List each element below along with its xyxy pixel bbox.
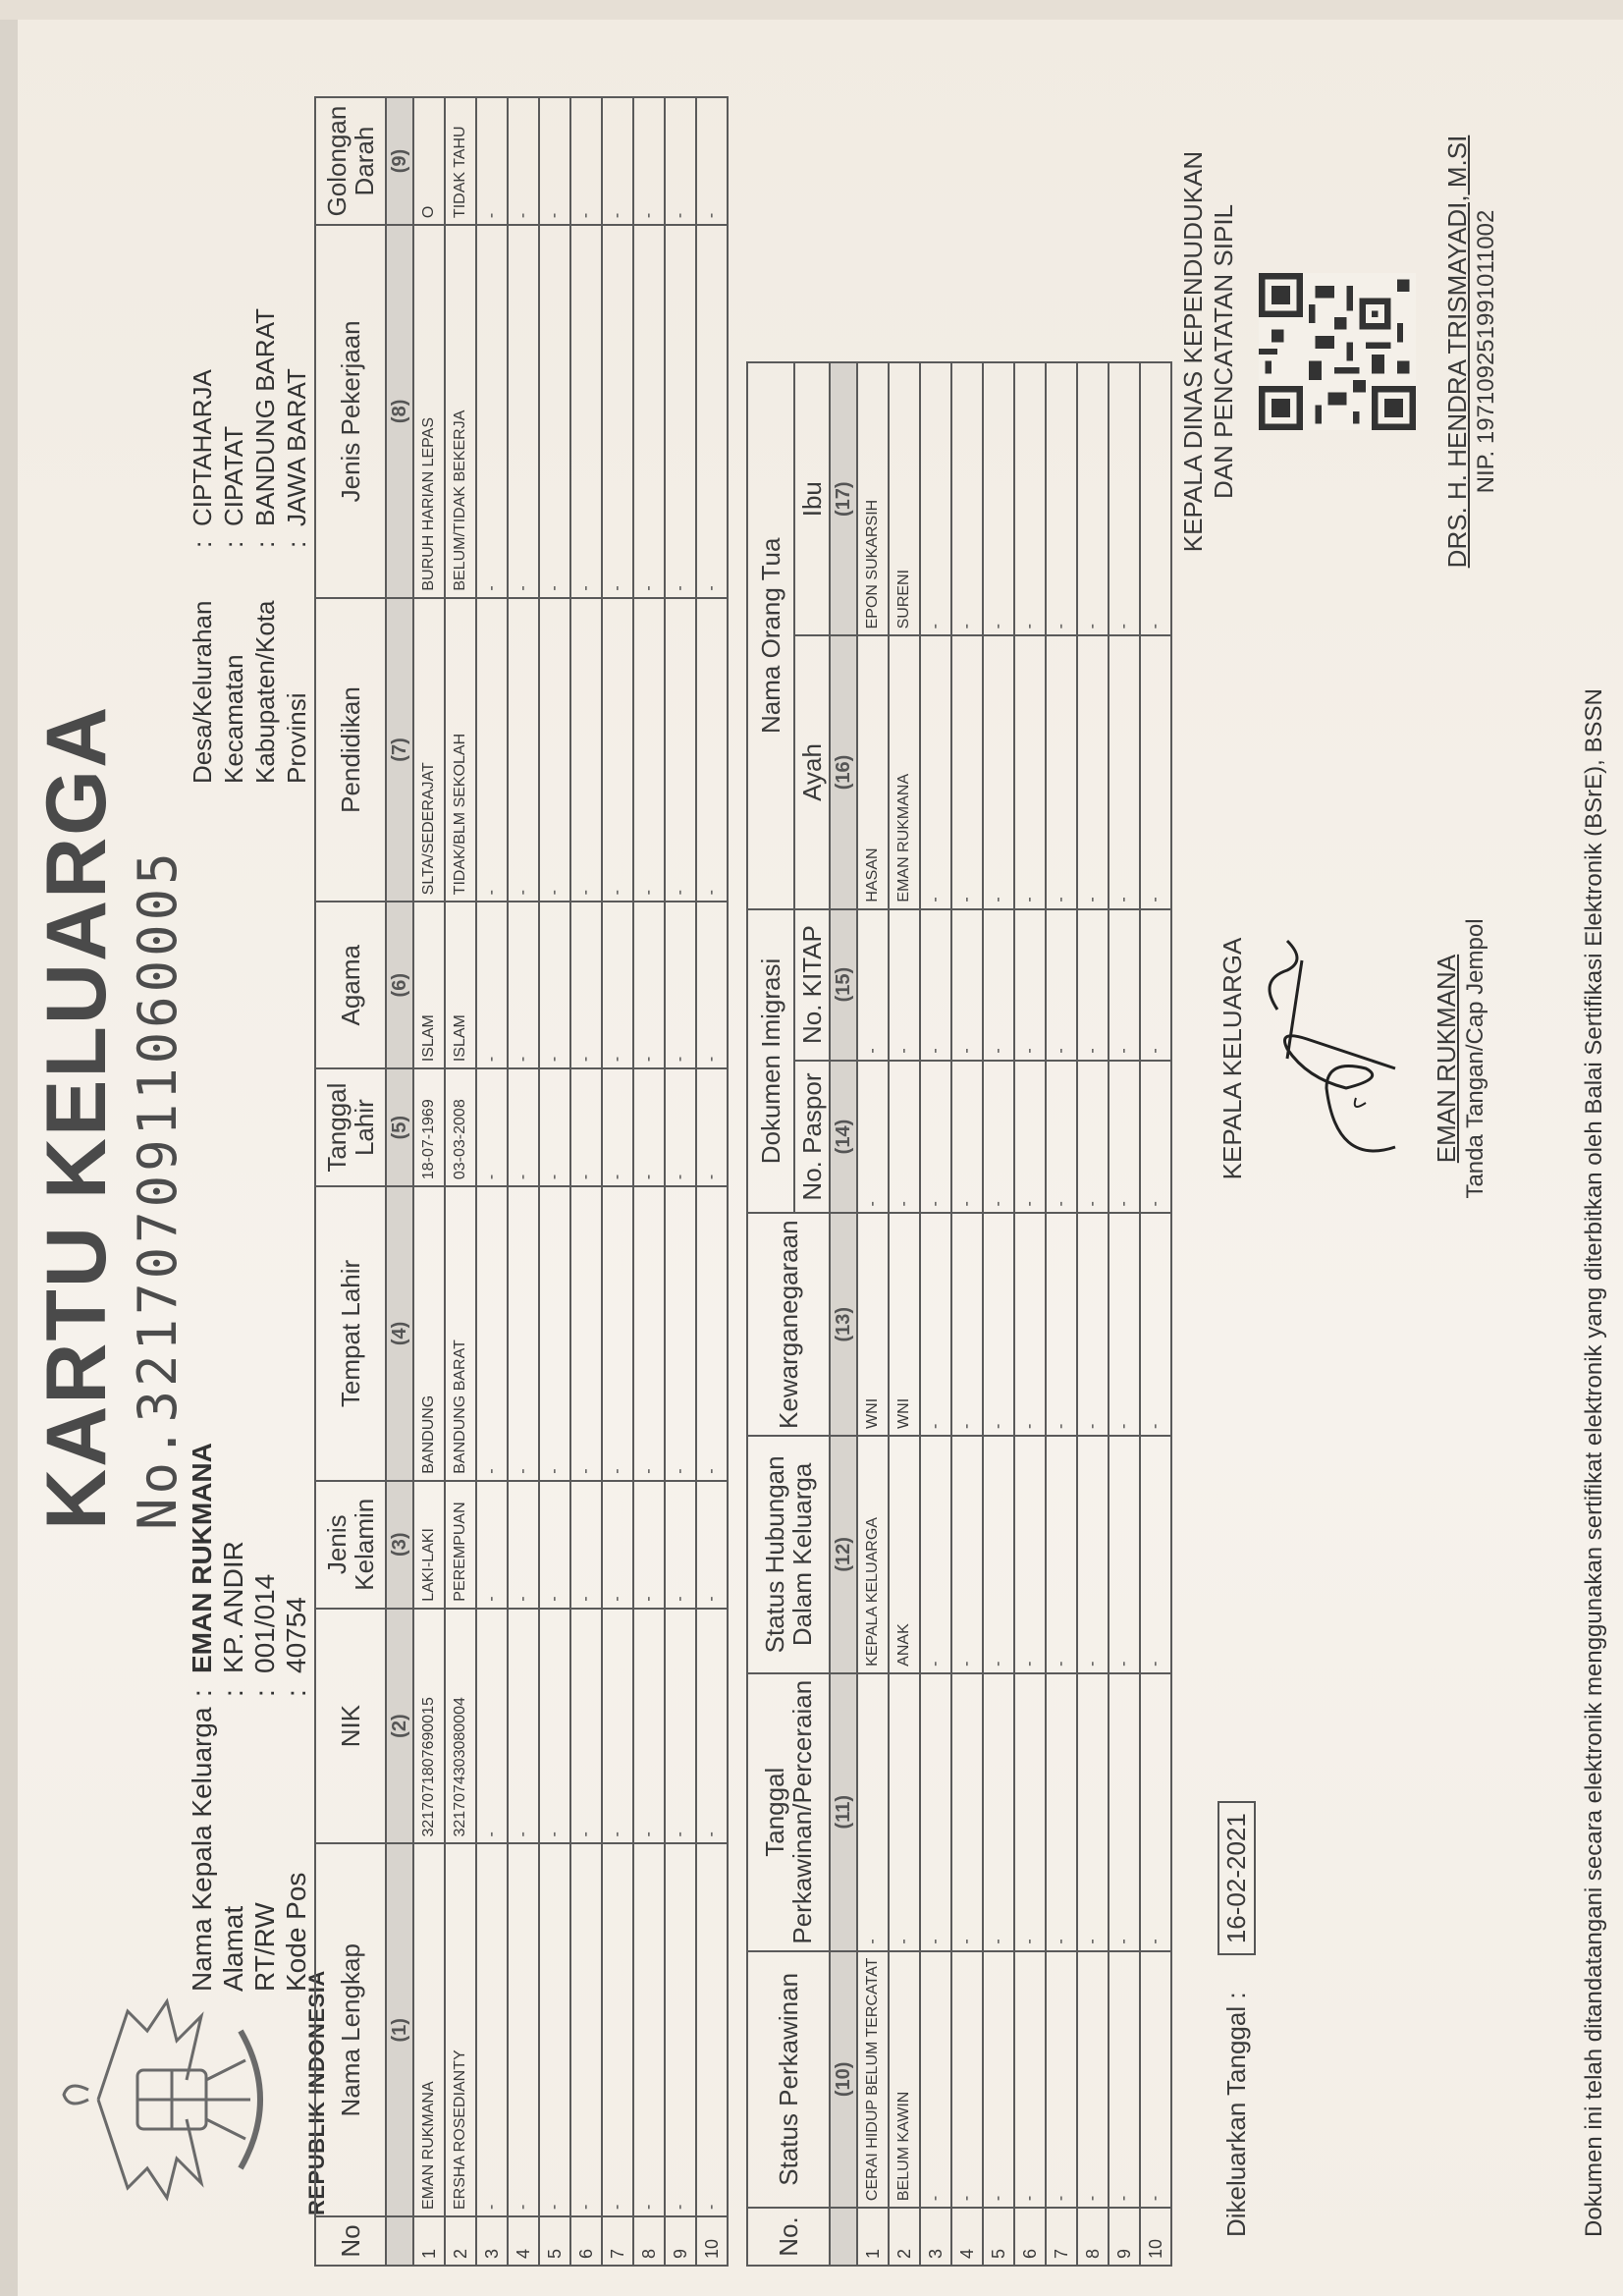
col-number: (14) xyxy=(830,1061,857,1214)
signature-caption: Tanda Tangan/Cap Jempol xyxy=(1462,813,1489,1304)
table-cell: - xyxy=(1046,1951,1077,2208)
table-cell: - xyxy=(476,97,508,225)
table-cell: - xyxy=(665,1844,696,2217)
table-cell: - xyxy=(665,902,696,1068)
table-cell: CERAI HIDUP BELUM TERCATAT xyxy=(857,1951,889,2208)
col-number: (1) xyxy=(386,1844,413,2217)
table-cell: - xyxy=(696,598,728,902)
table-cell: BELUM KAWIN xyxy=(889,1951,920,2208)
table-cell: - xyxy=(539,1844,570,2217)
table-cell: - xyxy=(1140,1436,1171,1673)
table-cell: - xyxy=(1046,1436,1077,1673)
info-label: Alamat xyxy=(218,1697,249,1992)
issued-sep: : xyxy=(1221,1992,1251,1998)
table-cell: - xyxy=(570,1481,602,1609)
table-cell: - xyxy=(1077,1436,1109,1673)
table-cell: - xyxy=(1140,1213,1171,1436)
table-cell: - xyxy=(476,1609,508,1844)
garuda-emblem-icon xyxy=(59,1992,285,2208)
row-number: 10 xyxy=(1140,2208,1171,2266)
col-header-birthdate: Tanggal Lahir xyxy=(315,1068,386,1186)
table-cell: - xyxy=(539,598,570,902)
table-cell: - xyxy=(920,362,951,635)
table-cell: - xyxy=(602,1609,633,1844)
row-number: 4 xyxy=(951,2208,983,2266)
table-cell: - xyxy=(633,1186,665,1481)
row-number: 9 xyxy=(665,2216,696,2266)
table-cell: EMAN RUKMANA xyxy=(413,1844,445,2217)
kartu-keluarga-document: REPUBLIK INDONESIA Nama Kepala Keluarga:… xyxy=(0,0,1623,2296)
row-number: 3 xyxy=(476,2216,508,2266)
col-number: (10) xyxy=(830,1951,857,2208)
table-cell: - xyxy=(889,909,920,1061)
table-cell: - xyxy=(983,362,1014,635)
table-cell: - xyxy=(920,1213,951,1436)
table-cell: - xyxy=(1140,1673,1171,1951)
row-number: 8 xyxy=(633,2216,665,2266)
table-cell: - xyxy=(633,97,665,225)
official-title-2: DAN PENCATATAN SIPIL xyxy=(1209,77,1239,627)
col-number: (15) xyxy=(830,909,857,1061)
table-cell: - xyxy=(1014,909,1046,1061)
col-number xyxy=(386,2216,413,2266)
table-cell: - xyxy=(1109,909,1140,1061)
table-cell: - xyxy=(1109,1436,1140,1673)
col-number: (9) xyxy=(386,97,413,225)
table-cell: - xyxy=(665,1609,696,1844)
table-cell: - xyxy=(1077,635,1109,908)
table-cell: - xyxy=(1014,362,1046,635)
document-title: KARTU KELUARGA xyxy=(29,646,124,1530)
table-cell: LAKI-LAKI xyxy=(413,1481,445,1609)
table-cell: - xyxy=(1109,635,1140,908)
row-number: 7 xyxy=(1046,2208,1077,2266)
household-info: Nama Kepala Keluarga:EMAN RUKMANA Alamat… xyxy=(187,1443,312,1992)
table-cell: - xyxy=(476,1068,508,1186)
title-block: KARTU KELUARGA No.3217070911060005 xyxy=(29,646,192,1530)
col-header-gender: Jenis Kelamin xyxy=(315,1481,386,1609)
info-label: Kode Pos xyxy=(281,1697,312,1992)
col-number: (8) xyxy=(386,225,413,598)
table-cell: - xyxy=(476,1186,508,1481)
table-cell: - xyxy=(508,1186,539,1481)
row-number: 1 xyxy=(857,2208,889,2266)
table-cell: - xyxy=(508,1068,539,1186)
table-cell: - xyxy=(602,902,633,1068)
document-footer: Dikeluarkan Tanggal : 16-02-2021 KEPALA … xyxy=(1178,0,1623,2296)
col-header-immigration-docs: Dokumen Imigrasi xyxy=(747,909,794,1214)
row-number: 8 xyxy=(1077,2208,1109,2266)
info-label: RT/RW xyxy=(249,1697,281,1992)
row-number: 9 xyxy=(1109,2208,1140,2266)
table-cell: - xyxy=(1140,909,1171,1061)
col-number: (6) xyxy=(386,902,413,1068)
row-number: 6 xyxy=(570,2216,602,2266)
col-number: (5) xyxy=(386,1068,413,1186)
info-label: Desa/Kelurahan xyxy=(187,548,218,784)
col-header-parents: Nama Orang Tua xyxy=(747,362,794,909)
table-cell: - xyxy=(1109,1951,1140,2208)
table-cell: - xyxy=(920,909,951,1061)
official-name: DRS. H. HENDRA TRISMAYADI, M.SI xyxy=(1442,77,1473,627)
col-header-no: No xyxy=(315,2216,386,2266)
row-number: 5 xyxy=(539,2216,570,2266)
scan-edge xyxy=(0,0,18,2296)
table-cell: - xyxy=(476,902,508,1068)
table-cell: - xyxy=(570,97,602,225)
col-header-education: Pendidikan xyxy=(315,598,386,902)
col-header-nik: NIK xyxy=(315,1609,386,1844)
table-cell: - xyxy=(951,1061,983,1214)
table-cell: - xyxy=(633,1068,665,1186)
table-cell: - xyxy=(1046,1213,1077,1436)
table-cell: - xyxy=(665,1068,696,1186)
row-number: 10 xyxy=(696,2216,728,2266)
info-label: Kecamatan xyxy=(218,548,249,784)
table-cell: - xyxy=(1077,1061,1109,1214)
table-cell: - xyxy=(1109,1673,1140,1951)
table-cell: ISLAM xyxy=(445,902,476,1068)
family-members-body: 1EMAN RUKMANA3217071807690015LAKI-LAKIBA… xyxy=(413,97,728,2266)
col-header-marriage-date: Tanggal Perkawinan/Perceraian xyxy=(747,1673,830,1951)
official-signature-block: KEPALA DINAS KEPENDUDUKAN DAN PENCATATAN… xyxy=(1178,77,1500,627)
col-header-relationship: Status Hubungan Dalam Keluarga xyxy=(747,1436,830,1673)
table-cell: - xyxy=(1014,635,1046,908)
village-value: CIPTAHARJA xyxy=(187,369,218,526)
table-cell: - xyxy=(633,1481,665,1609)
table-cell: - xyxy=(602,225,633,598)
table-cell: - xyxy=(951,1673,983,1951)
status-row: 8-------- xyxy=(1077,362,1109,2266)
table-cell: - xyxy=(696,902,728,1068)
table-cell: - xyxy=(633,1844,665,2217)
col-number: (11) xyxy=(830,1673,857,1951)
table-cell: - xyxy=(1046,909,1077,1061)
table-cell: EMAN RUKMANA xyxy=(889,635,920,908)
member-row: 2ERSHA ROSEDIANTY3217074303080004PEREMPU… xyxy=(445,97,476,2266)
table-cell: - xyxy=(1140,1951,1171,2208)
info-label: Provinsi xyxy=(281,548,312,784)
table-cell: - xyxy=(539,225,570,598)
table-cell: HASAN xyxy=(857,635,889,908)
col-number xyxy=(830,2208,857,2266)
table-cell: - xyxy=(508,902,539,1068)
table-cell: - xyxy=(696,1481,728,1609)
status-row: 6-------- xyxy=(1014,362,1046,2266)
table-cell: ERSHA ROSEDIANTY xyxy=(445,1844,476,2217)
table-cell: - xyxy=(1046,635,1077,908)
table-cell: 3217071807690015 xyxy=(413,1609,445,1844)
table-cell: - xyxy=(1109,362,1140,635)
table-cell: - xyxy=(602,1481,633,1609)
table-cell: - xyxy=(1140,1061,1171,1214)
table-cell: - xyxy=(951,362,983,635)
table-cell: BANDUNG xyxy=(413,1186,445,1481)
table-cell: - xyxy=(1109,1213,1140,1436)
table-cell: BANDUNG BARAT xyxy=(445,1186,476,1481)
table-cell: - xyxy=(476,1844,508,2217)
table-cell: TIDAK TAHU xyxy=(445,97,476,225)
table-cell: ISLAM xyxy=(413,902,445,1068)
col-header-father: Ayah xyxy=(794,635,830,908)
table-cell: - xyxy=(570,1186,602,1481)
table-cell: WNI xyxy=(889,1213,920,1436)
table-cell: ANAK xyxy=(889,1436,920,1673)
table-cell: - xyxy=(539,1068,570,1186)
table-cell: EPON SUKARSIH xyxy=(857,362,889,635)
member-row: 6--------- xyxy=(570,97,602,2266)
table-cell: - xyxy=(920,1436,951,1673)
member-row: 7--------- xyxy=(602,97,633,2266)
table-cell: 03-03-2008 xyxy=(445,1068,476,1186)
table-cell: - xyxy=(920,1061,951,1214)
row-number: 2 xyxy=(889,2208,920,2266)
table-cell: - xyxy=(476,1481,508,1609)
table-cell: - xyxy=(951,635,983,908)
row-number: 3 xyxy=(920,2208,951,2266)
table-cell: - xyxy=(983,1213,1014,1436)
member-row: 10--------- xyxy=(696,97,728,2266)
table-cell: - xyxy=(1077,1213,1109,1436)
col-header-mother: Ibu xyxy=(794,362,830,635)
status-row: 4-------- xyxy=(951,362,983,2266)
table-cell: - xyxy=(920,635,951,908)
table-cell: - xyxy=(633,225,665,598)
table-cell: - xyxy=(696,225,728,598)
table-cell: - xyxy=(1077,1951,1109,2208)
table-cell: KEPALA KELUARGA xyxy=(857,1436,889,1673)
table-cell: 3217074303080004 xyxy=(445,1609,476,1844)
table-cell: - xyxy=(570,598,602,902)
table-cell: - xyxy=(570,1609,602,1844)
district-value: CIPATAT xyxy=(218,426,249,526)
col-header-citizenship: Kewarganegaraan xyxy=(747,1213,830,1436)
row-number: 5 xyxy=(983,2208,1014,2266)
col-header-name: Nama Lengkap xyxy=(315,1844,386,2217)
table-cell: - xyxy=(570,902,602,1068)
table-cell: - xyxy=(665,1481,696,1609)
table-cell: - xyxy=(508,1844,539,2217)
table-cell: - xyxy=(602,1186,633,1481)
table-cell: - xyxy=(665,97,696,225)
table-cell: - xyxy=(951,1951,983,2208)
signature-icon xyxy=(1248,911,1425,1206)
row-number: 4 xyxy=(508,2216,539,2266)
table-cell: - xyxy=(539,1609,570,1844)
address-value: KP. ANDIR xyxy=(218,1541,249,1673)
table-cell: - xyxy=(508,1609,539,1844)
family-members-table: No Nama Lengkap NIK Jenis Kelamin Tempat… xyxy=(314,96,729,2267)
table-cell: - xyxy=(983,1436,1014,1673)
table-cell: - xyxy=(1046,362,1077,635)
table-cell: BURUH HARIAN LEPAS xyxy=(413,225,445,598)
table-cell: - xyxy=(983,1951,1014,2208)
table-cell: - xyxy=(1140,362,1171,635)
status-row: 10-------- xyxy=(1140,362,1171,2266)
member-row: 3--------- xyxy=(476,97,508,2266)
head-of-family-signature-block: KEPALA KELUARGA EMAN RUKMANA Tanda Tanga… xyxy=(1217,813,1489,1304)
table-cell: - xyxy=(696,1609,728,1844)
table-cell: BELUM/TIDAK BEKERJA xyxy=(445,225,476,598)
member-row: 1EMAN RUKMANA3217071807690015LAKI-LAKIBA… xyxy=(413,97,445,2266)
member-row: 8--------- xyxy=(633,97,665,2266)
table-cell: - xyxy=(633,902,665,1068)
table-cell: - xyxy=(889,1061,920,1214)
table-cell: - xyxy=(889,1673,920,1951)
table-cell: - xyxy=(508,598,539,902)
rt-rw-value: 001/014 xyxy=(249,1574,281,1673)
member-row: 4--------- xyxy=(508,97,539,2266)
col-header-kitap: No. KITAP xyxy=(794,909,830,1061)
table-cell: - xyxy=(665,225,696,598)
table-cell: - xyxy=(983,1673,1014,1951)
table-cell: - xyxy=(508,97,539,225)
row-number: 1 xyxy=(413,2216,445,2266)
table-cell: - xyxy=(570,1068,602,1186)
table-cell: - xyxy=(951,1213,983,1436)
table-cell: - xyxy=(602,97,633,225)
table-cell: - xyxy=(920,1673,951,1951)
col-header-occupation: Jenis Pekerjaan xyxy=(315,225,386,598)
table-cell: PEREMPUAN xyxy=(445,1481,476,1609)
table-cell: - xyxy=(1046,1061,1077,1214)
table-cell: 18-07-1969 xyxy=(413,1068,445,1186)
table-cell: - xyxy=(857,1061,889,1214)
row-number: 2 xyxy=(445,2216,476,2266)
table-cell: - xyxy=(696,1844,728,2217)
qr-code-icon xyxy=(1259,273,1416,430)
table-cell: - xyxy=(951,909,983,1061)
col-number: (12) xyxy=(830,1436,857,1673)
regency-value: BANDUNG BARAT xyxy=(249,308,281,526)
table-cell: - xyxy=(983,1061,1014,1214)
col-header-no: No. xyxy=(747,2208,830,2266)
table-cell: O xyxy=(413,97,445,225)
table-cell: - xyxy=(1140,635,1171,908)
info-label: Kabupaten/Kota xyxy=(249,548,281,784)
table-cell: - xyxy=(1046,1673,1077,1951)
status-row: 1CERAI HIDUP BELUM TERCATAT-KEPALA KELUA… xyxy=(857,362,889,2266)
issued-date: 16-02-2021 xyxy=(1217,1801,1256,1955)
table-cell: SLTA/SEDERAJAT xyxy=(413,598,445,902)
table-cell: - xyxy=(476,598,508,902)
table-cell: WNI xyxy=(857,1213,889,1436)
table-cell: - xyxy=(602,598,633,902)
table-cell: - xyxy=(508,1481,539,1609)
status-row: 9-------- xyxy=(1109,362,1140,2266)
table-cell: - xyxy=(857,909,889,1061)
issued-date-block: Dikeluarkan Tanggal : 16-02-2021 xyxy=(1217,1801,1256,2237)
table-cell: - xyxy=(696,1068,728,1186)
family-status-body: 1CERAI HIDUP BELUM TERCATAT-KEPALA KELUA… xyxy=(857,362,1171,2266)
col-number: (3) xyxy=(386,1481,413,1609)
table-cell: - xyxy=(1014,1436,1046,1673)
table-cell: - xyxy=(696,97,728,225)
col-number: (4) xyxy=(386,1186,413,1481)
table-cell: - xyxy=(602,1068,633,1186)
table-cell: - xyxy=(1077,1673,1109,1951)
table-cell: - xyxy=(476,225,508,598)
postal-code-value: 40754 xyxy=(281,1597,312,1673)
table-cell: - xyxy=(983,635,1014,908)
head-of-family-name: EMAN RUKMANA xyxy=(1432,813,1462,1304)
col-number: (2) xyxy=(386,1609,413,1844)
member-row: 9--------- xyxy=(665,97,696,2266)
col-number: (16) xyxy=(830,635,857,908)
table-cell: - xyxy=(539,902,570,1068)
head-of-family-title: KEPALA KELUARGA xyxy=(1217,813,1248,1304)
col-header-blood-type: Golongan Darah xyxy=(315,97,386,225)
table-cell: - xyxy=(983,909,1014,1061)
status-row: 2BELUM KAWIN-ANAKWNI--EMAN RUKMANASURENI xyxy=(889,362,920,2266)
electronic-signature-disclaimer: Dokumen ini telah ditandatangani secara … xyxy=(1581,688,1608,2237)
table-cell: - xyxy=(665,598,696,902)
table-cell: - xyxy=(570,1844,602,2217)
table-cell: - xyxy=(633,598,665,902)
status-row: 7-------- xyxy=(1046,362,1077,2266)
col-header-religion: Agama xyxy=(315,902,386,1068)
document-number: No.3217070911060005 xyxy=(124,646,192,1530)
status-row: 3-------- xyxy=(920,362,951,2266)
table-cell: - xyxy=(1077,362,1109,635)
official-nip: NIP. 197109251991011002 xyxy=(1473,77,1500,627)
table-cell: - xyxy=(696,1186,728,1481)
table-cell: - xyxy=(665,1186,696,1481)
table-cell: TIDAK/BLM SEKOLAH xyxy=(445,598,476,902)
col-number: (13) xyxy=(830,1213,857,1436)
table-cell: - xyxy=(633,1609,665,1844)
member-row: 5--------- xyxy=(539,97,570,2266)
table-cell: - xyxy=(1109,1061,1140,1214)
status-row: 5-------- xyxy=(983,362,1014,2266)
region-info: Desa/Kelurahan:CIPTAHARJA Kecamatan:CIPA… xyxy=(187,308,312,784)
issued-label: Dikeluarkan Tanggal xyxy=(1221,2006,1251,2237)
table-cell: - xyxy=(1014,1213,1046,1436)
table-cell: - xyxy=(1014,1061,1046,1214)
col-header-marital-status: Status Perkawinan xyxy=(747,1951,830,2208)
table-cell: - xyxy=(1014,1673,1046,1951)
table-cell: - xyxy=(602,1844,633,2217)
table-cell: - xyxy=(1014,1951,1046,2208)
info-label: Nama Kepala Keluarga xyxy=(187,1697,218,1992)
col-header-birthplace: Tempat Lahir xyxy=(315,1186,386,1481)
table-cell: - xyxy=(951,1436,983,1673)
table-cell: - xyxy=(920,1951,951,2208)
family-status-table: No. Status Perkawinan Tanggal Perkawinan… xyxy=(746,361,1172,2267)
row-number: 6 xyxy=(1014,2208,1046,2266)
table-cell: - xyxy=(539,1186,570,1481)
table-cell: - xyxy=(857,1673,889,1951)
official-title-1: KEPALA DINAS KEPENDUDUKAN xyxy=(1178,77,1209,627)
table-cell: - xyxy=(1077,909,1109,1061)
table-cell: SURENI xyxy=(889,362,920,635)
col-number: (17) xyxy=(830,362,857,635)
province-value: JAWA BARAT xyxy=(281,368,312,526)
table-cell: - xyxy=(570,225,602,598)
col-header-passport: No. Paspor xyxy=(794,1061,830,1214)
table-cell: - xyxy=(508,225,539,598)
row-number: 7 xyxy=(602,2216,633,2266)
table-cell: - xyxy=(539,1481,570,1609)
table-cell: - xyxy=(539,97,570,225)
col-number: (7) xyxy=(386,598,413,902)
